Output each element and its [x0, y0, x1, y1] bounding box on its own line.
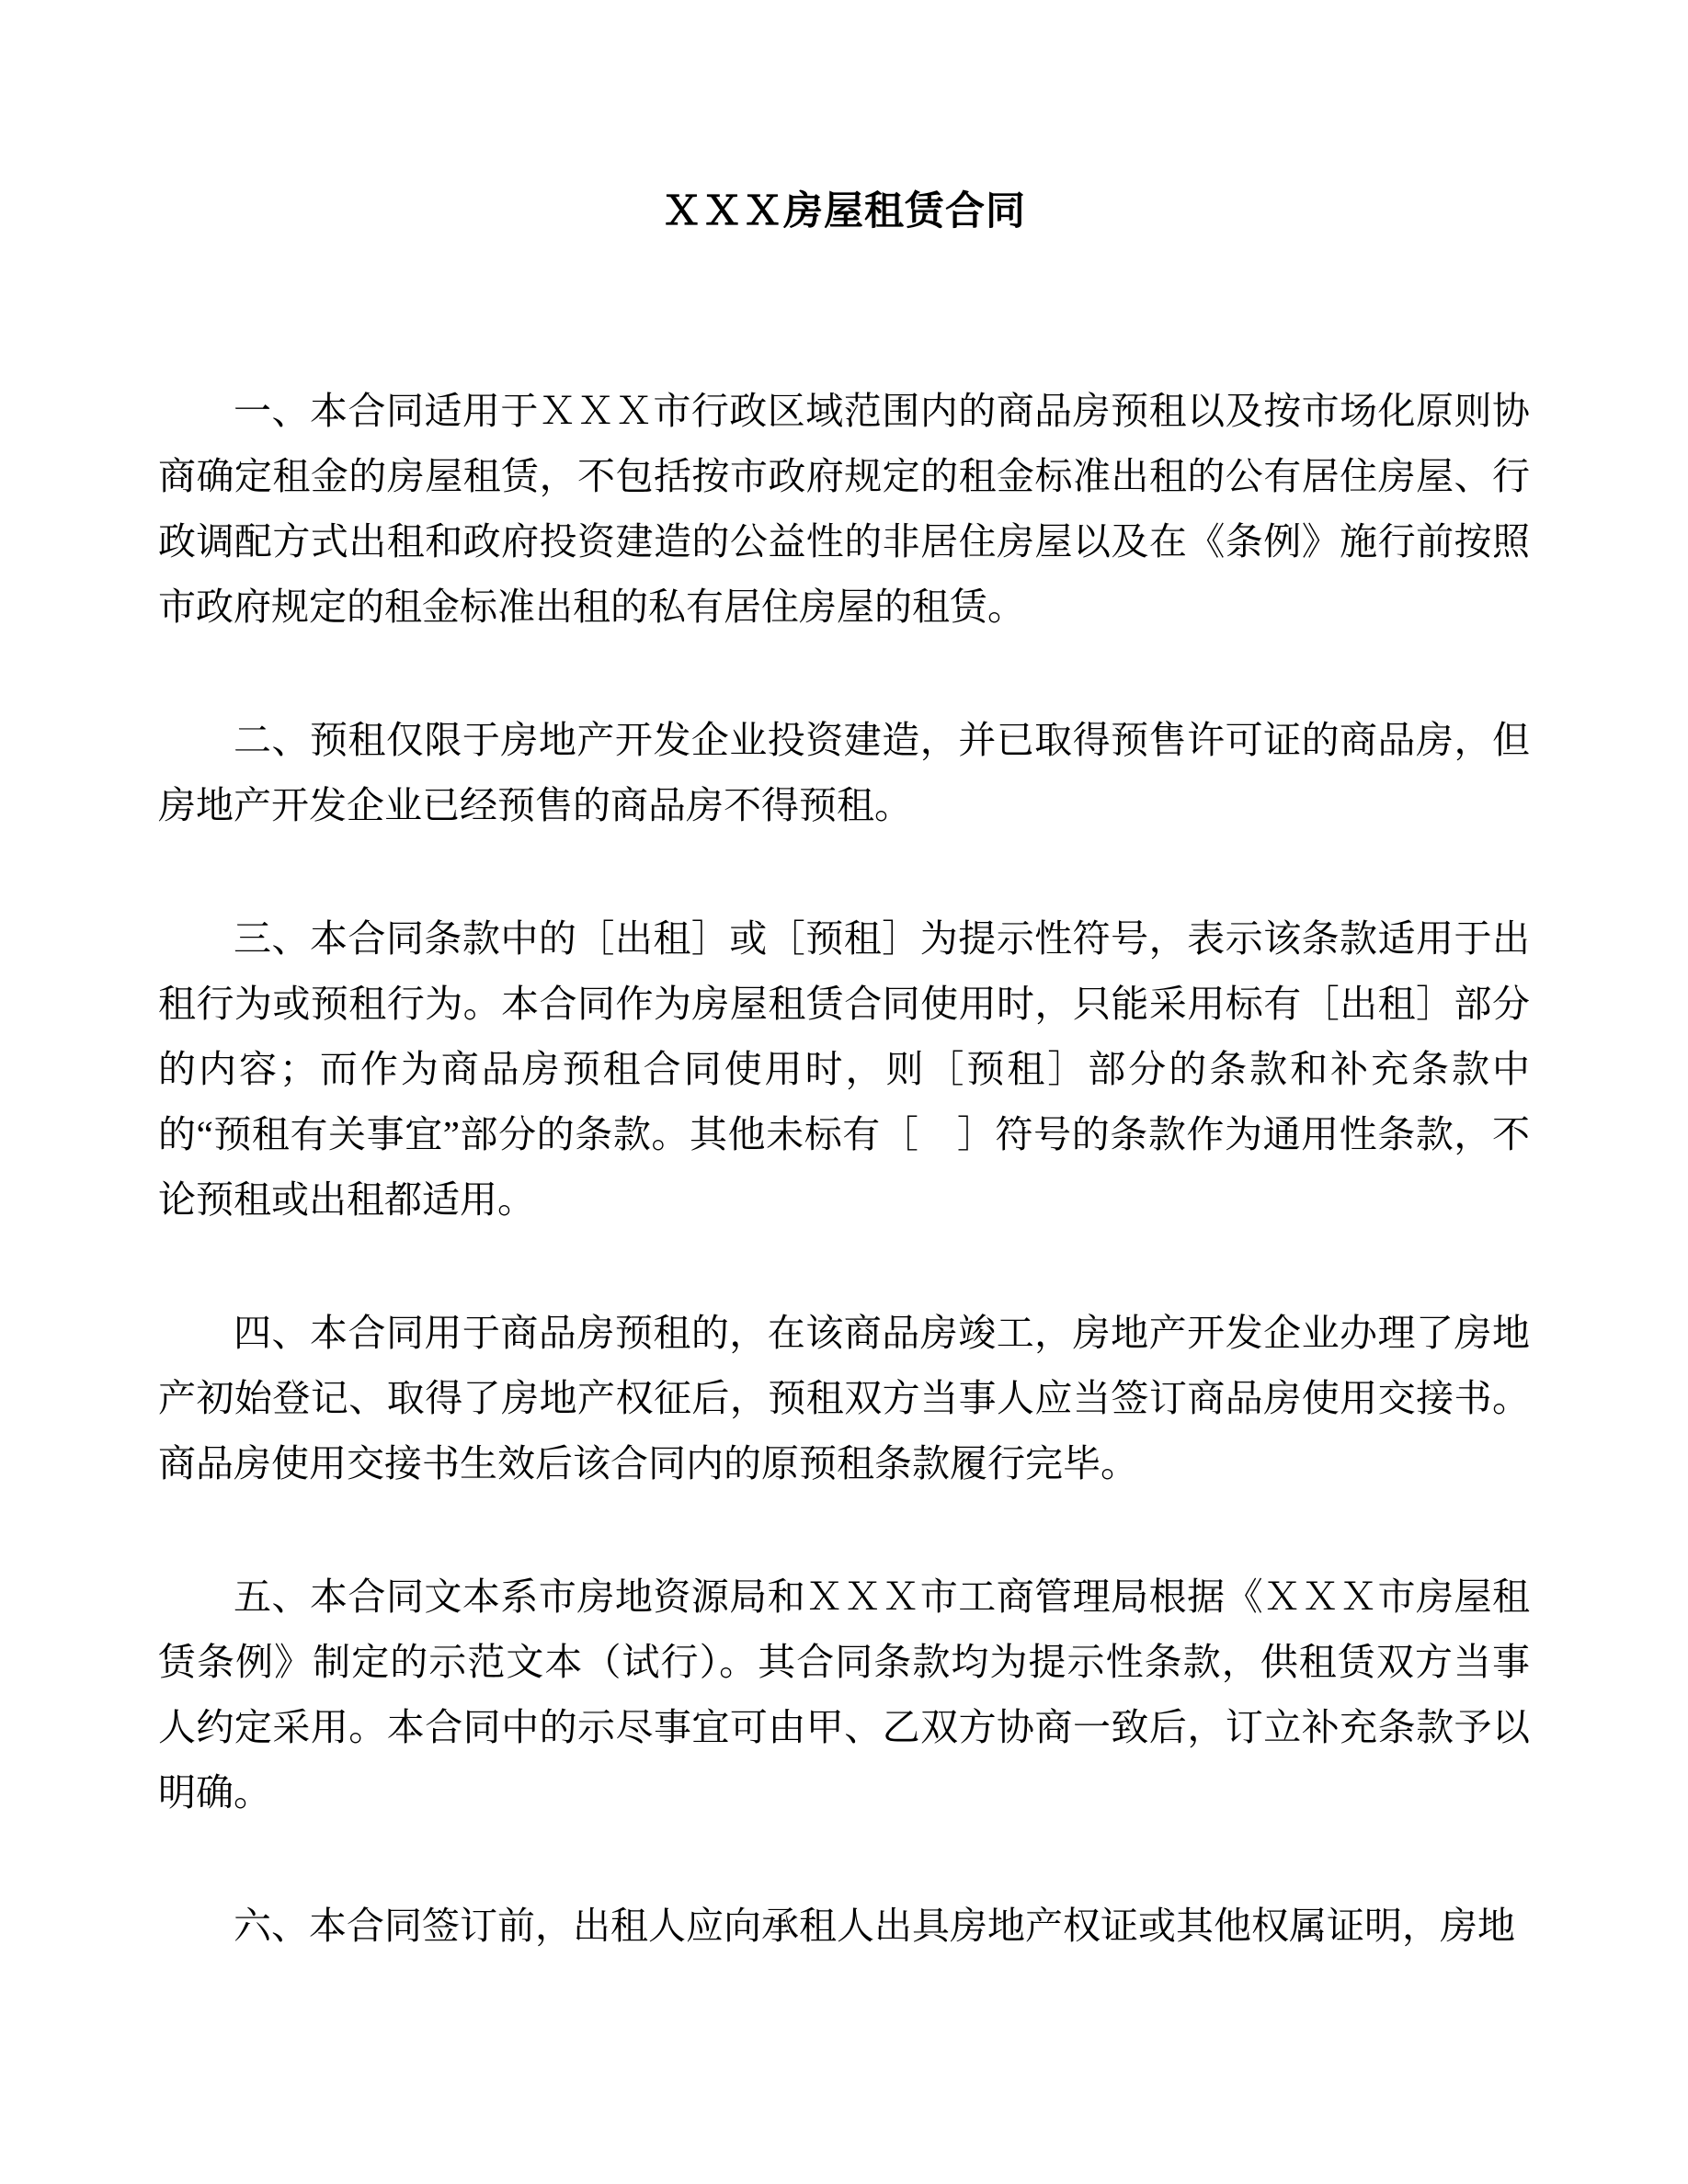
contract-clause-6: 六、本合同签订前，出租人应向承租人出具房地产权证或其他权属证明，房地	[158, 1894, 1530, 1959]
document-title: ＸＸＸ房屋租赁合同	[158, 188, 1530, 236]
contract-clause-3: 三、本合同条款中的［出租］或［预租］为提示性符号，表示该条款适用于出租行为或预租…	[158, 906, 1530, 1233]
contract-clause-5: 五、本合同文本系市房地资源局和ＸＸＸ市工商管理局根据《ＸＸＸ市房屋租赁条例》制定…	[158, 1564, 1530, 1826]
contract-clause-4: 四、本合同用于商品房预租的，在该商品房竣工，房地产开发企业办理了房地产初始登记、…	[158, 1301, 1530, 1496]
contract-page: ＸＸＸ房屋租赁合同 一、本合同适用于ＸＸＸ市行政区域范围内的商品房预租以及按市场…	[0, 0, 1688, 2184]
contract-clause-2: 二、预租仅限于房地产开发企业投资建造，并已取得预售许可证的商品房，但房地产开发企…	[158, 708, 1530, 838]
contract-clause-1: 一、本合同适用于ＸＸＸ市行政区域范围内的商品房预租以及按市场化原则协商确定租金的…	[158, 379, 1530, 640]
